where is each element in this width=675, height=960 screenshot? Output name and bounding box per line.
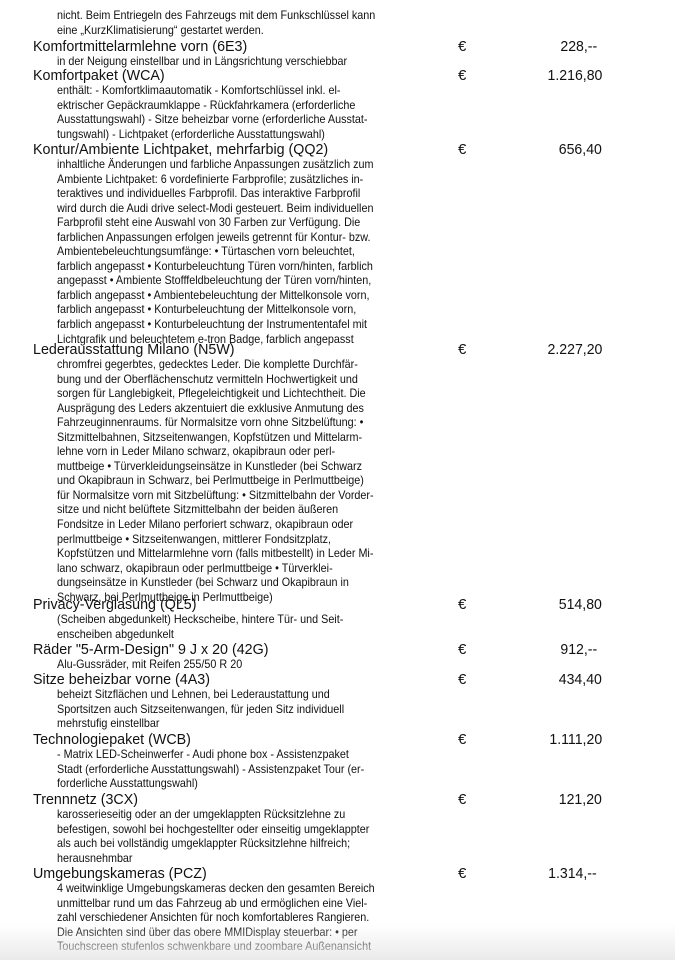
description-line: Stadt (erforderliche Ausstattungswahl) -… [57, 763, 429, 778]
item-price: 121,20 [559, 791, 602, 808]
currency-symbol: € [458, 141, 466, 158]
description-line: teraktives und individuelles Farbprofil.… [57, 187, 429, 202]
description-line: (Scheiben abgedunkelt) Heckscheibe, hint… [57, 613, 429, 628]
item-description: 4 weitwinklige Umgebungskameras decken d… [57, 882, 429, 955]
item-title: Räder "5-Arm-Design" 9 J x 20 (42G) [33, 641, 268, 658]
description-line: inhaltliche Änderungen und farbliche Anp… [57, 158, 429, 173]
description-line: Fondsitze in Leder Milano perforiert sch… [57, 518, 429, 533]
description-line: - Matrix LED-Scheinwerfer - Audi phone b… [57, 748, 429, 763]
description-line: beheizt Sitzflächen und Lehnen, bei Lede… [57, 688, 429, 703]
item-title: Kontur/Ambiente Lichtpaket, mehrfarbig (… [33, 141, 328, 158]
description-line: Ausprägung des Leders akzentuiert die ex… [57, 402, 429, 417]
item-price: 228,-- [560, 38, 597, 55]
description-line: sorgen für Langlebigkeit, Pflegeleichtig… [57, 387, 429, 402]
description-line: Touchscreen stufenlos schwenkbare und zo… [57, 940, 429, 955]
description-line: muttbeige • Türverkleidungseinsätze in K… [57, 460, 429, 475]
description-line: unmittelbar rund um das Fahrzeug ab und … [57, 897, 429, 912]
item-title: Privacy-Verglasung (QL5) [33, 596, 196, 613]
item-price: 434,40 [559, 671, 602, 688]
description-line: farblich angepasst • Konturbeleuchtung T… [57, 260, 429, 275]
currency-symbol: € [458, 38, 466, 55]
item-price: 912,-- [560, 641, 597, 658]
description-line: für Normalsitze vorn mit Sitzbelüftung: … [57, 489, 429, 504]
description-line: nicht. Beim Entriegeln des Fahrzeugs mit… [57, 9, 429, 24]
description-line: eine „KurzKlimatisierung“ gestartet werd… [57, 24, 429, 39]
description-line: farblichen Anpassungen erfolgen jeweils … [57, 231, 429, 246]
item-description: beheizt Sitzflächen und Lehnen, bei Lede… [57, 688, 429, 732]
currency-symbol: € [458, 671, 466, 688]
currency-symbol: € [458, 67, 466, 84]
item-title: Komfortpaket (WCA) [33, 67, 165, 84]
item-title: Technologiepaket (WCB) [33, 731, 191, 748]
description-line: zahl verschiedener Ansichten für noch ko… [57, 911, 429, 926]
item-title: Trennnetz (3CX) [33, 791, 138, 808]
description-line: chromfrei gegerbtes, gedecktes Leder. Di… [57, 358, 429, 373]
description-line: als auch bei vollständig umgeklappter Rü… [57, 837, 429, 852]
description-line: sitze und nicht belüftete Sitzmittelbahn… [57, 503, 429, 518]
item-title: Lederausstattung Milano (N5W) [33, 341, 235, 358]
item-price: 1.216,80 [547, 67, 602, 84]
description-line: befestigen, sowohl bei hochgestellter od… [57, 823, 429, 838]
description-line: enscheiben abgedunkelt [57, 628, 429, 643]
description-line: tungswahl) - Lichtpaket (erforderliche A… [57, 128, 429, 143]
item-price: 656,40 [559, 141, 602, 158]
currency-symbol: € [458, 641, 466, 658]
description-line: enthält: - Komfortklimaautomatik - Komfo… [57, 84, 429, 99]
description-line: Kopfstützen und Mittelarmlehne vorn (fal… [57, 547, 429, 562]
item-price: 2.227,20 [547, 341, 602, 358]
description-line: ektrischer Gepäckraumklappe - Rückfahrka… [57, 99, 429, 114]
description-line: farblich angepasst • Ambientebeleuchtung… [57, 289, 429, 304]
description-line: 4 weitwinklige Umgebungskameras decken d… [57, 882, 429, 897]
item-description: (Scheiben abgedunkelt) Heckscheibe, hint… [57, 613, 429, 642]
description-line: Farbprofil steht eine Auswahl von 30 Far… [57, 216, 429, 231]
equipment-price-list: nicht. Beim Entriegeln des Fahrzeugs mit… [0, 0, 675, 960]
description-line: Fahrzeuginnenraums. für Normalsitze vorn… [57, 416, 429, 431]
description-line: farblich angepasst • Konturbeleuchtung d… [57, 303, 429, 318]
description-line: wird durch die Audi drive select-Modi ge… [57, 202, 429, 217]
description-line: farblich angepasst • Konturbeleuchtung d… [57, 318, 429, 333]
item-description: enthält: - Komfortklimaautomatik - Komfo… [57, 84, 429, 142]
description-line: Ausstattungswahl) - Sitze beheizbar vorn… [57, 113, 429, 128]
description-line: lehne vorn in Leder Milano schwarz, okap… [57, 445, 429, 460]
description-line: Sportsitzen auch Sitzseitenwangen, für j… [57, 703, 429, 718]
description-line: Ambientebeleuchtungsumfänge: • Türtasche… [57, 245, 429, 260]
description-line: und Okapibraun in Schwarz, bei Perlmuttb… [57, 474, 429, 489]
item-description: - Matrix LED-Scheinwerfer - Audi phone b… [57, 748, 429, 792]
currency-symbol: € [458, 341, 466, 358]
item-title: Komfortmittelarmlehne vorn (6E3) [33, 38, 247, 55]
currency-symbol: € [458, 731, 466, 748]
description-line: lano schwarz, okapibraun oder perlmuttbe… [57, 562, 429, 577]
currency-symbol: € [458, 865, 466, 882]
item-title: Umgebungskameras (PCZ) [33, 865, 207, 882]
description-line: Sitzmittelbahnen, Sitzseitenwangen, Kopf… [57, 431, 429, 446]
description-line: karosserieseitig oder an der umgeklappte… [57, 808, 429, 823]
item-title: Sitze beheizbar vorne (4A3) [33, 671, 210, 688]
currency-symbol: € [458, 791, 466, 808]
description-line: Ambiente Lichtpaket: 6 vordefinierte Far… [57, 173, 429, 188]
item-price: 1.314,-- [548, 865, 597, 882]
item-price: 1.111,20 [549, 731, 602, 748]
item-price: 514,80 [559, 596, 602, 613]
item-description: inhaltliche Änderungen und farbliche Anp… [57, 158, 429, 347]
item-description: chromfrei gegerbtes, gedecktes Leder. Di… [57, 358, 429, 605]
description-line: forderliche Ausstattungswahl) [57, 777, 429, 792]
description-line: bung und der Oberflächenschutz vermittel… [57, 373, 429, 388]
item-description: karosserieseitig oder an der umgeklappte… [57, 808, 429, 866]
description-line: mehrstufig einstellbar [57, 717, 429, 732]
description-line: Die Ansichten sind über das obere MMIDis… [57, 926, 429, 941]
currency-symbol: € [458, 596, 466, 613]
description-line: herausnehmbar [57, 852, 429, 867]
description-line: perlmuttbeige • Sitzseitenwangen, mittle… [57, 533, 429, 548]
description-line: angepasst • Ambiente Stofffeldbeleuchtun… [57, 274, 429, 289]
description-line: dungseinsätze in Kunstleder (bei Schwarz… [57, 576, 429, 591]
continuation-description: nicht. Beim Entriegeln des Fahrzeugs mit… [57, 9, 429, 38]
